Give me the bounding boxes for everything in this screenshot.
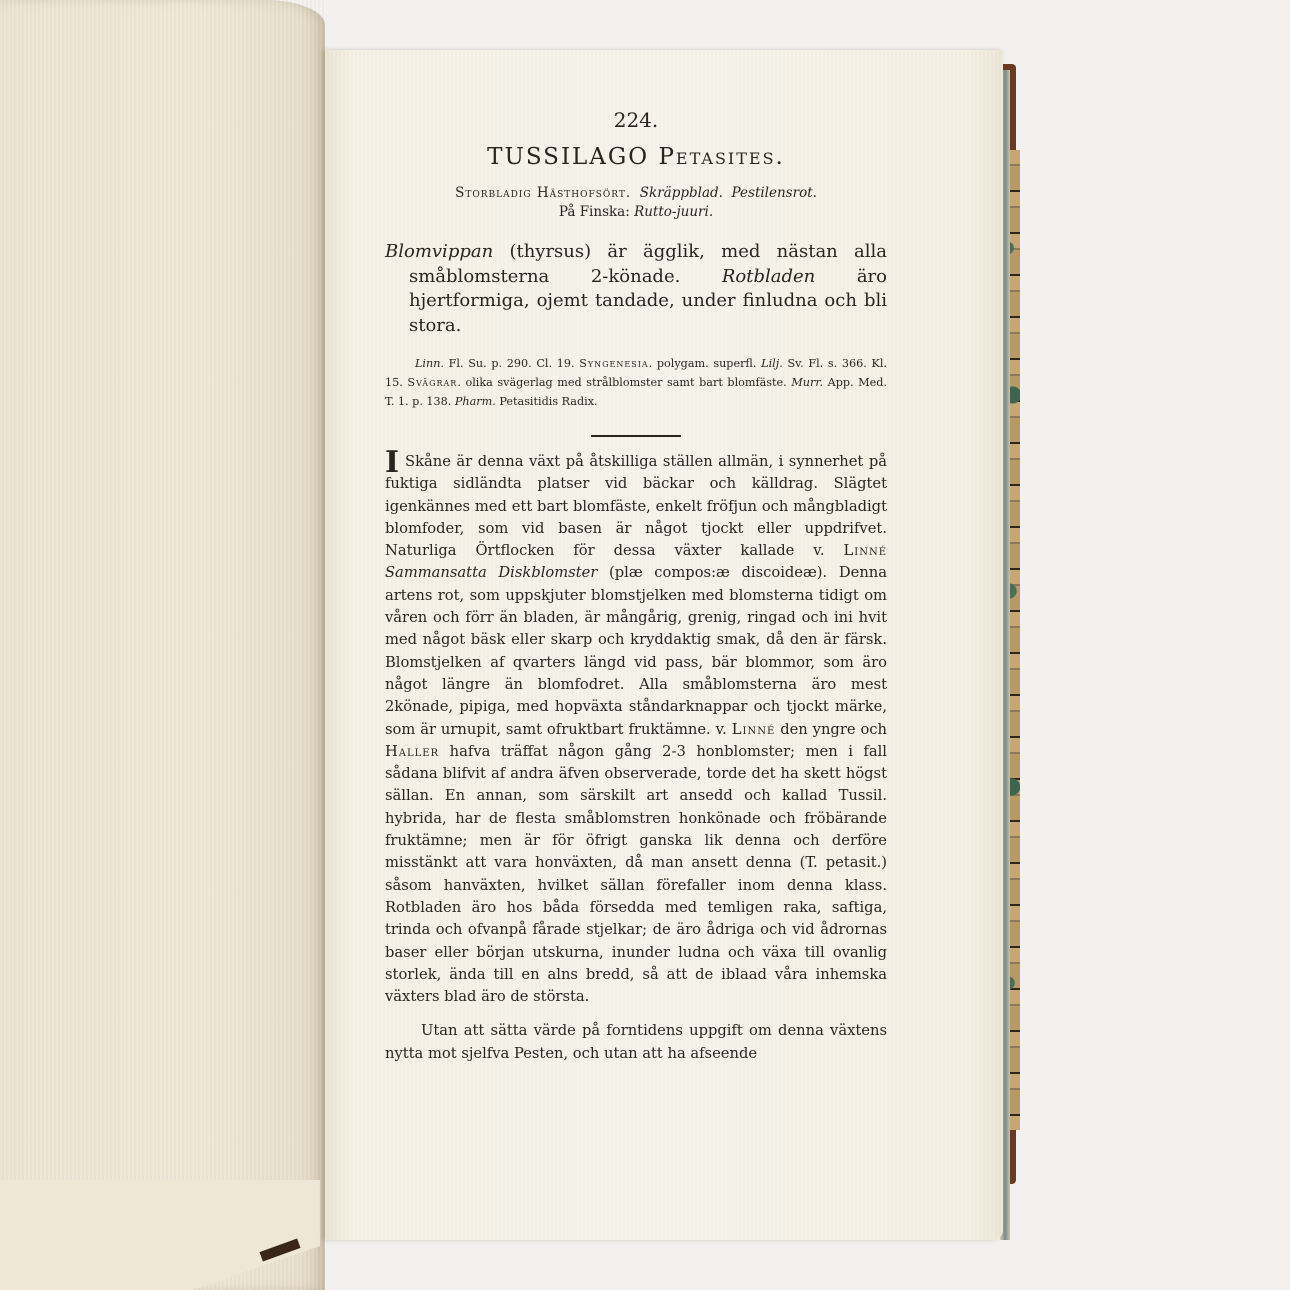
author-name: Linné bbox=[732, 721, 776, 738]
body-text: hafva träffat någon gång 2-3 honblomster… bbox=[385, 743, 887, 1005]
body-italic: Sammansatta Diskblomster bbox=[385, 564, 597, 581]
title-genus: TUSSILAGO bbox=[487, 144, 649, 170]
diagnosis-term-2: Rotbladen bbox=[722, 266, 815, 287]
synonyms: Storbladig Hästhofsört. Skräppblad. Pest… bbox=[385, 184, 887, 222]
ref-author-murr: Murr. bbox=[791, 376, 823, 389]
body-paragraph-2: Utan att sätta värde på forntidens uppgi… bbox=[385, 1020, 887, 1065]
page-number: 224. bbox=[385, 108, 887, 136]
ref-text: Petasitidis Radix. bbox=[496, 395, 598, 408]
ref-class: Syngenesia bbox=[579, 357, 648, 370]
author-name: Haller bbox=[385, 743, 439, 760]
title-species: Petasites. bbox=[658, 144, 784, 170]
body-text: (plæ compos:æ discoideæ). Denna artens r… bbox=[385, 564, 887, 737]
body-text: Skåne är denna växt på åtskilliga ställe… bbox=[385, 453, 887, 559]
ref-text: . olika svägerlag med strålblomster samt… bbox=[457, 376, 791, 389]
page-content: 224. TUSSILAGO Petasites. Storbladig Häs… bbox=[385, 108, 887, 1065]
drop-cap: I bbox=[385, 453, 399, 473]
ref-text: Fl. Su. p. 290. Cl. 19. bbox=[444, 357, 579, 370]
alt-name-1: Skräppblad. bbox=[640, 185, 723, 201]
ref-pharm: Pharm. bbox=[455, 395, 496, 408]
diagnosis: Blomvippan (thyrsus) är ägglik, med näst… bbox=[385, 240, 887, 338]
body-text: den yngre och bbox=[775, 721, 887, 738]
finnish-label: På Finska: bbox=[559, 204, 630, 220]
references: Linn. Fl. Su. p. 290. Cl. 19. Syngenesia… bbox=[385, 354, 887, 411]
page-title: TUSSILAGO Petasites. bbox=[385, 144, 887, 170]
swedish-name: Storbladig Hästhofsört. bbox=[455, 185, 631, 201]
ref-class: Svägrar bbox=[407, 376, 457, 389]
ref-author-lilj: Lilj. bbox=[761, 357, 783, 370]
body-paragraph-1: I Skåne är denna växt på åtskilliga stäl… bbox=[385, 451, 887, 1008]
left-page bbox=[0, 0, 325, 1290]
ref-text: . polygam. superfl. bbox=[649, 357, 762, 370]
finnish-name: Rutto-juuri. bbox=[634, 204, 713, 220]
alt-name-2: Pestilensrot. bbox=[732, 185, 817, 201]
author-name: Linné bbox=[843, 542, 887, 559]
ref-author-linn: Linn. bbox=[415, 357, 444, 370]
section-divider bbox=[591, 435, 681, 437]
diagnosis-term-1: Blomvippan bbox=[385, 241, 493, 262]
